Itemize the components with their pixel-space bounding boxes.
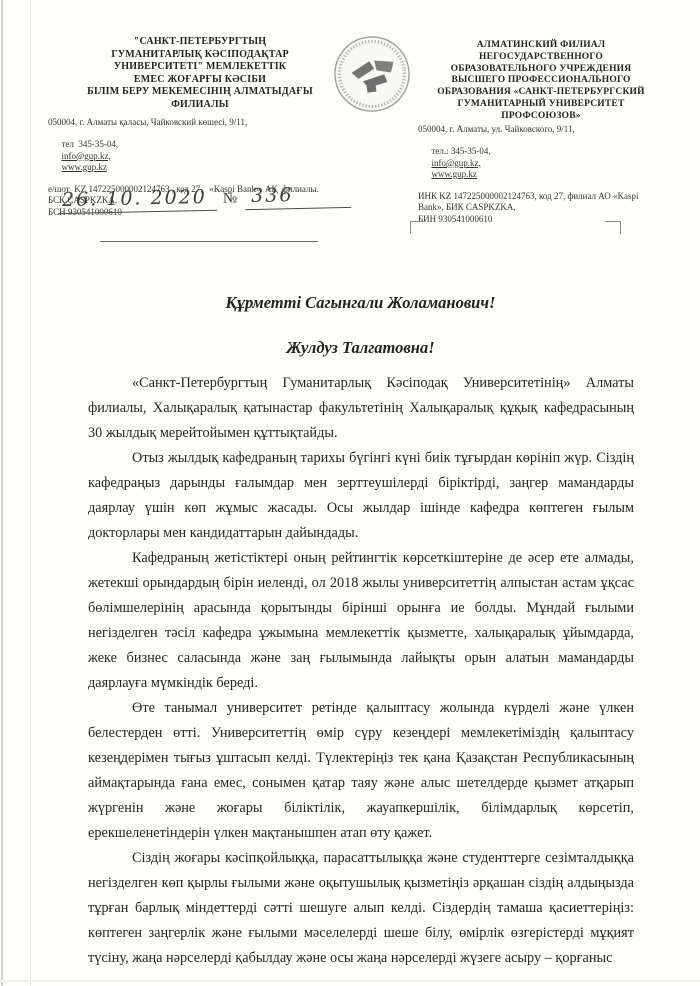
scan-edge-bottom bbox=[0, 980, 700, 982]
contact-line: тел 345-35-04, info@gup.kz, www.gup.kz bbox=[48, 128, 338, 184]
reference-number-handwritten: 336 bbox=[245, 183, 352, 210]
contact-line: тел.: 345-35-04, info@gup.kz, www.gup.kz bbox=[418, 135, 664, 191]
email-link: info@gup.kz, bbox=[432, 158, 481, 168]
org-name-right: АЛМАТИНСКИЙ ФИЛИАЛ НЕГОСУДАРСТВЕННОГО ОБ… bbox=[418, 40, 664, 123]
address-line: 050004, г. Алматы қаласы, Чайковский көш… bbox=[48, 117, 338, 128]
scanned-letter-page: "САНКТ-ПЕТЕРБУРГТЫҢ ГУМАНИТАРЛЫҚ КӘСІПОД… bbox=[0, 0, 700, 986]
scan-edge-line-inner bbox=[30, 0, 31, 986]
letter-body: «Санкт-Петербургтың Гуманитарлық Кәсіпод… bbox=[88, 371, 634, 971]
reference-date-handwritten: 26. 10. 2020 bbox=[58, 186, 217, 214]
reg-line: БИН 930541000610 bbox=[418, 214, 664, 225]
salutation-secondary: Жулдуз Талгатовна! bbox=[88, 338, 633, 358]
email-link: info@gup.kz, bbox=[62, 151, 111, 161]
body-paragraph: Кафедраның жетістіктері оның рейтингтік … bbox=[88, 546, 634, 696]
body-paragraph: Отыз жылдық кафедраның тарихы бүгінгі кү… bbox=[88, 446, 634, 546]
blank-reference-line bbox=[100, 241, 318, 242]
body-paragraph: «Санкт-Петербургтың Гуманитарлық Кәсіпод… bbox=[88, 371, 634, 446]
address-block-right: 050004, г. Алматы, ул. Чайковского, 9/11… bbox=[418, 124, 664, 225]
body-paragraph: Сіздің жоғары кәсіпқойлыққа, парасаттылы… bbox=[88, 846, 634, 971]
website-link: www.gup.kz bbox=[62, 162, 107, 172]
phone-label: тел.: 345-35-04, bbox=[432, 146, 491, 156]
address-line: 050004, г. Алматы, ул. Чайковского, 9/11… bbox=[418, 124, 664, 135]
bank-line: ИНК KZ 147225000002124763, код 27, филиа… bbox=[418, 191, 664, 213]
salutation-primary: Құрметті Сагынгали Жоламанович! bbox=[88, 293, 633, 313]
number-sign: № bbox=[223, 190, 238, 207]
phone-label: тел 345-35-04, bbox=[62, 139, 119, 149]
addressee-corner-mark-left bbox=[410, 221, 426, 234]
org-name-left: "САНКТ-ПЕТЕРБУРГТЫҢ ГУМАНИТАРЛЫҚ КӘСІПОД… bbox=[50, 36, 350, 112]
website-link: www.gup.kz bbox=[432, 169, 477, 179]
addressee-corner-mark-right bbox=[605, 221, 621, 234]
body-paragraph: Өте танымал университет ретінде қалыптас… bbox=[88, 696, 634, 846]
scan-edge-line-outer bbox=[1, 0, 3, 986]
university-seal-icon bbox=[327, 29, 417, 119]
